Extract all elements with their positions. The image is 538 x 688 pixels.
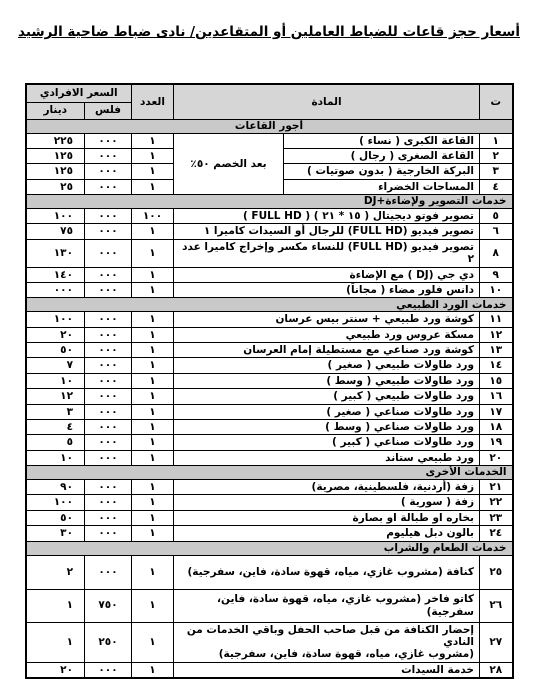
serial-cell: ١٧ [480,404,513,419]
discount-note-cell: بعد الخصم ٥٠٪ [174,133,284,195]
fils-cell: ٠٠٠ [85,179,132,194]
item-cell: تصوير فيديو (FULL HD) للرجال أو السيدات … [174,224,480,239]
fils-cell: ٠٠٠ [85,419,132,434]
dinar-cell: ٥٠ [26,343,85,358]
dinar-cell: ١٠٠ [26,312,85,327]
qty-cell: ١ [132,267,174,282]
page-title: أسعار حجز قاعات للضباط العاملين أو المتق… [10,24,528,40]
qty-cell: ١ [132,148,174,163]
fils-cell: ٠٠٠ [85,164,132,179]
qty-cell: ١ [132,404,174,419]
serial-cell: ١٢ [480,327,513,342]
item-cell: بخاره او طبالة او بصارة [174,510,480,525]
fils-cell: ٠٠٠ [85,435,132,450]
fils-cell: ٠٠٠ [85,312,132,327]
dinar-cell: ١٠ [26,373,85,388]
serial-cell: ٢٨ [480,662,513,678]
serial-cell: ٢ [480,148,513,163]
qty-cell: ١ [132,343,174,358]
qty-cell: ١ [132,495,174,510]
table-row: ١٧ورد طاولات صناعي ( صغير )١٠٠٠٣ [26,404,513,419]
section-header-row: خدمات الطعام والشراب [26,541,513,555]
header-fils: فلس [85,102,132,119]
fils-cell: ٠٠٠ [85,282,132,297]
qty-cell: ١ [132,526,174,541]
serial-cell: ٢٣ [480,510,513,525]
item-cell: دانس فلور مضاء ( مجاناً) [174,282,480,297]
serial-cell: ١١ [480,312,513,327]
section-title: خدمات التصوير ولإضاءة+DJ [26,195,513,209]
item-cell: ورد طاولات صناعي ( وسط ) [174,419,480,434]
header-serial: ت [480,84,513,119]
qty-cell: ١ [132,239,174,267]
item-cell: القاعة الصغرى ( رجال ) [284,148,480,163]
qty-cell: ١ [132,327,174,342]
qty-cell: ١ [132,435,174,450]
fils-cell: ٠٠٠ [85,343,132,358]
section-header-row: أجور القاعات [26,119,513,133]
fils-cell: ٠٠٠ [85,239,132,267]
item-cell: إحضار الكنافة من قبل صاحب الحفل وباقي ال… [174,622,480,662]
table-row: ٨تصوير فيديو (FULL HD) للنساء مكسر وإخرا… [26,239,513,267]
table-row: ١٦ورد طاولات طبيعي ( كبير )١٠٠٠١٢ [26,389,513,404]
table-row: ٢٥كنافة (مشروب غازي، مياه، قهوة سادة، فا… [26,555,513,589]
item-cell: كاتو فاخر (مشروب غازي، مياه، قهوة سادة، … [174,589,480,622]
dinar-cell: ٣٠ [26,526,85,541]
fils-cell: ٠٠٠ [85,510,132,525]
dinar-cell: ١٠٠ [26,495,85,510]
fils-cell: ٠٠٠ [85,404,132,419]
dinar-cell: ٩٠ [26,480,85,495]
item-cell: البركة الخارجية ( بدون صوتيات ) [284,164,480,179]
table-row: ٢١زفة (أردنية، فلسطينية، مصرية)١٠٠٠٩٠ [26,480,513,495]
qty-cell: ١ [132,480,174,495]
item-cell: زفة (أردنية، فلسطينية، مصرية) [174,480,480,495]
dinar-cell: ٥٠ [26,510,85,525]
qty-cell: ١ [132,179,174,194]
dinar-cell: ٣ [26,404,85,419]
section-title: أجور القاعات [26,119,513,133]
dinar-cell: ١٠٠ [26,209,85,224]
fils-cell: ٧٥٠ [85,589,132,622]
dinar-cell: ١٢٥ [26,164,85,179]
serial-cell: ٢٥ [480,555,513,589]
dinar-cell: ٠٠٠ [26,282,85,297]
dinar-cell: ١٠ [26,450,85,465]
fils-cell: ٠٠٠ [85,480,132,495]
item-cell: ورد طاولات صناعي ( كبير ) [174,435,480,450]
item-cell: ورد طبيعي ستاند [174,450,480,465]
fils-cell: ٠٠٠ [85,133,132,148]
table-row: ٩دي جي (DJ ) مع الإضاءة١٠٠٠١٤٠ [26,267,513,282]
section-header-row: خدمات الورد الطبيعي [26,298,513,312]
serial-cell: ٢١ [480,480,513,495]
qty-cell: ١ [132,389,174,404]
dinar-cell: ٢٥ [26,179,85,194]
serial-cell: ٢٠ [480,450,513,465]
item-cell: ورد طاولات طبيعي ( كبير ) [174,389,480,404]
serial-cell: ٢٤ [480,526,513,541]
table-row: ٥تصوير فوتو ديجيتال ( ١٥ * ٢١ ) ( FULL H… [26,209,513,224]
qty-cell: ١ [132,164,174,179]
qty-cell: ١ [132,312,174,327]
dinar-cell: ١٢٥ [26,148,85,163]
fils-cell: ٠٠٠ [85,224,132,239]
table-row: ١٨ورد طاولات صناعي ( وسط )١٠٠٠٤ [26,419,513,434]
qty-cell: ١ [132,662,174,678]
qty-cell: ١ [132,373,174,388]
header-dinar: دينار [26,102,85,119]
serial-cell: ٣ [480,164,513,179]
table-row: ٢٢زفة ( سورية )١٠٠٠١٠٠ [26,495,513,510]
dinar-cell: ٢٢٥ [26,133,85,148]
section-title: خدمات الطعام والشراب [26,541,513,555]
table-row: ٢٧إحضار الكنافة من قبل صاحب الحفل وباقي … [26,622,513,662]
item-cell: كنافة (مشروب غازي، مياه، قهوة سادة، فاين… [174,555,480,589]
fils-cell: ٠٠٠ [85,555,132,589]
table-row: ٢٨خدمة السيدات١٠٠٠٢٠ [26,662,513,678]
document-page: أسعار حجز قاعات للضباط العاملين أو المتق… [0,0,538,688]
fils-cell: ٠٠٠ [85,327,132,342]
table-row: ٦تصوير فيديو (FULL HD) للرجال أو السيدات… [26,224,513,239]
serial-cell: ٢٧ [480,622,513,662]
serial-cell: ١٤ [480,358,513,373]
dinar-cell: ١ [26,622,85,662]
dinar-cell: ١ [26,589,85,622]
fils-cell: ٠٠٠ [85,450,132,465]
item-cell: ورد طاولات طبيعي ( صغير ) [174,358,480,373]
price-table: ت المادة العدد السعر الافرادي فلس دينار … [25,83,514,679]
serial-cell: ٤ [480,179,513,194]
serial-cell: ٦ [480,224,513,239]
serial-cell: ١٩ [480,435,513,450]
table-row: ١٤ورد طاولات طبيعي ( صغير )١٠٠٠٧ [26,358,513,373]
serial-cell: ٢٢ [480,495,513,510]
item-cell: زفة ( سورية ) [174,495,480,510]
serial-cell: ٢٦ [480,589,513,622]
item-cell: كوشة ورد صناعي مع مستطيلة إمام العرسان [174,343,480,358]
dinar-cell: ١٤٠ [26,267,85,282]
fils-cell: ٠٠٠ [85,662,132,678]
section-header-row: الخدمات الأخرى [26,466,513,480]
dinar-cell: ٢ [26,555,85,589]
serial-cell: ١٨ [480,419,513,434]
dinar-cell: ١٢ [26,389,85,404]
table-row: ١٠دانس فلور مضاء ( مجاناً)١٠٠٠٠٠٠ [26,282,513,297]
serial-cell: ١٥ [480,373,513,388]
table-row: ٢٣بخاره او طبالة او بصارة١٠٠٠٥٠ [26,510,513,525]
header-unit-price: السعر الافرادي [26,84,132,102]
item-cell: مسكة عروس ورد طبيعي [174,327,480,342]
item-cell: تصوير فوتو ديجيتال ( ١٥ * ٢١ ) ( FULL HD… [174,209,480,224]
qty-cell: ١٠٠ [132,209,174,224]
fils-cell: ٠٠٠ [85,358,132,373]
item-cell: كوشة ورد طبيعي + سنتر بيس عرسان [174,312,480,327]
serial-cell: ٥ [480,209,513,224]
price-table-body: أجور القاعات١القاعة الكبرى ( نساء )بعد ا… [26,119,513,678]
fils-cell: ٠٠٠ [85,209,132,224]
dinar-cell: ٤ [26,419,85,434]
fils-cell: ٠٠٠ [85,526,132,541]
header-item: المادة [174,84,480,119]
section-title: خدمات الورد الطبيعي [26,298,513,312]
qty-cell: ١ [132,282,174,297]
item-cell: ورد طاولات صناعي ( صغير ) [174,404,480,419]
table-row: ٢٦كاتو فاخر (مشروب غازي، مياه، قهوة سادة… [26,589,513,622]
section-header-row: خدمات التصوير ولإضاءة+DJ [26,195,513,209]
table-row: ٢٤بالون دبل هيليوم١٠٠٠٣٠ [26,526,513,541]
header-qty: العدد [132,84,174,119]
dinar-cell: ٢٠ [26,662,85,678]
qty-cell: ١ [132,133,174,148]
qty-cell: ١ [132,510,174,525]
serial-cell: ٨ [480,239,513,267]
item-cell: تصوير فيديو (FULL HD) للنساء مكسر وإخراج… [174,239,480,267]
serial-cell: ١٣ [480,343,513,358]
qty-cell: ١ [132,358,174,373]
dinar-cell: ٧ [26,358,85,373]
item-cell: خدمة السيدات [174,662,480,678]
fils-cell: ٠٠٠ [85,389,132,404]
qty-cell: ١ [132,419,174,434]
table-row: ١١كوشة ورد طبيعي + سنتر بيس عرسان١٠٠٠١٠٠ [26,312,513,327]
fils-cell: ٠٠٠ [85,373,132,388]
item-cell: ورد طاولات طبيعي ( وسط ) [174,373,480,388]
serial-cell: ١٦ [480,389,513,404]
fils-cell: ٢٥٠ [85,622,132,662]
qty-cell: ١ [132,622,174,662]
dinar-cell: ٥ [26,435,85,450]
dinar-cell: ٧٥ [26,224,85,239]
serial-cell: ١٠ [480,282,513,297]
dinar-cell: ١٣٠ [26,239,85,267]
item-cell: دي جي (DJ ) مع الإضاءة [174,267,480,282]
table-row: ١٣كوشة ورد صناعي مع مستطيلة إمام العرسان… [26,343,513,358]
table-row: ١٥ورد طاولات طبيعي ( وسط )١٠٠٠١٠ [26,373,513,388]
qty-cell: ١ [132,450,174,465]
dinar-cell: ٢٠ [26,327,85,342]
serial-cell: ١ [480,133,513,148]
item-cell: بالون دبل هيليوم [174,526,480,541]
table-row: ١٢مسكة عروس ورد طبيعي١٠٠٠٢٠ [26,327,513,342]
price-table-header: ت المادة العدد السعر الافرادي فلس دينار [26,84,513,119]
item-cell: المساحات الخضراء [284,179,480,194]
table-row: ١٩ورد طاولات صناعي ( كبير )١٠٠٠٥ [26,435,513,450]
item-cell: القاعة الكبرى ( نساء ) [284,133,480,148]
qty-cell: ١ [132,555,174,589]
fils-cell: ٠٠٠ [85,495,132,510]
qty-cell: ١ [132,589,174,622]
qty-cell: ١ [132,224,174,239]
section-title: الخدمات الأخرى [26,466,513,480]
serial-cell: ٩ [480,267,513,282]
table-row: ٢٠ورد طبيعي ستاند١٠٠٠١٠ [26,450,513,465]
table-row: ١القاعة الكبرى ( نساء )بعد الخصم ٥٠٪١٠٠٠… [26,133,513,148]
fils-cell: ٠٠٠ [85,148,132,163]
fils-cell: ٠٠٠ [85,267,132,282]
